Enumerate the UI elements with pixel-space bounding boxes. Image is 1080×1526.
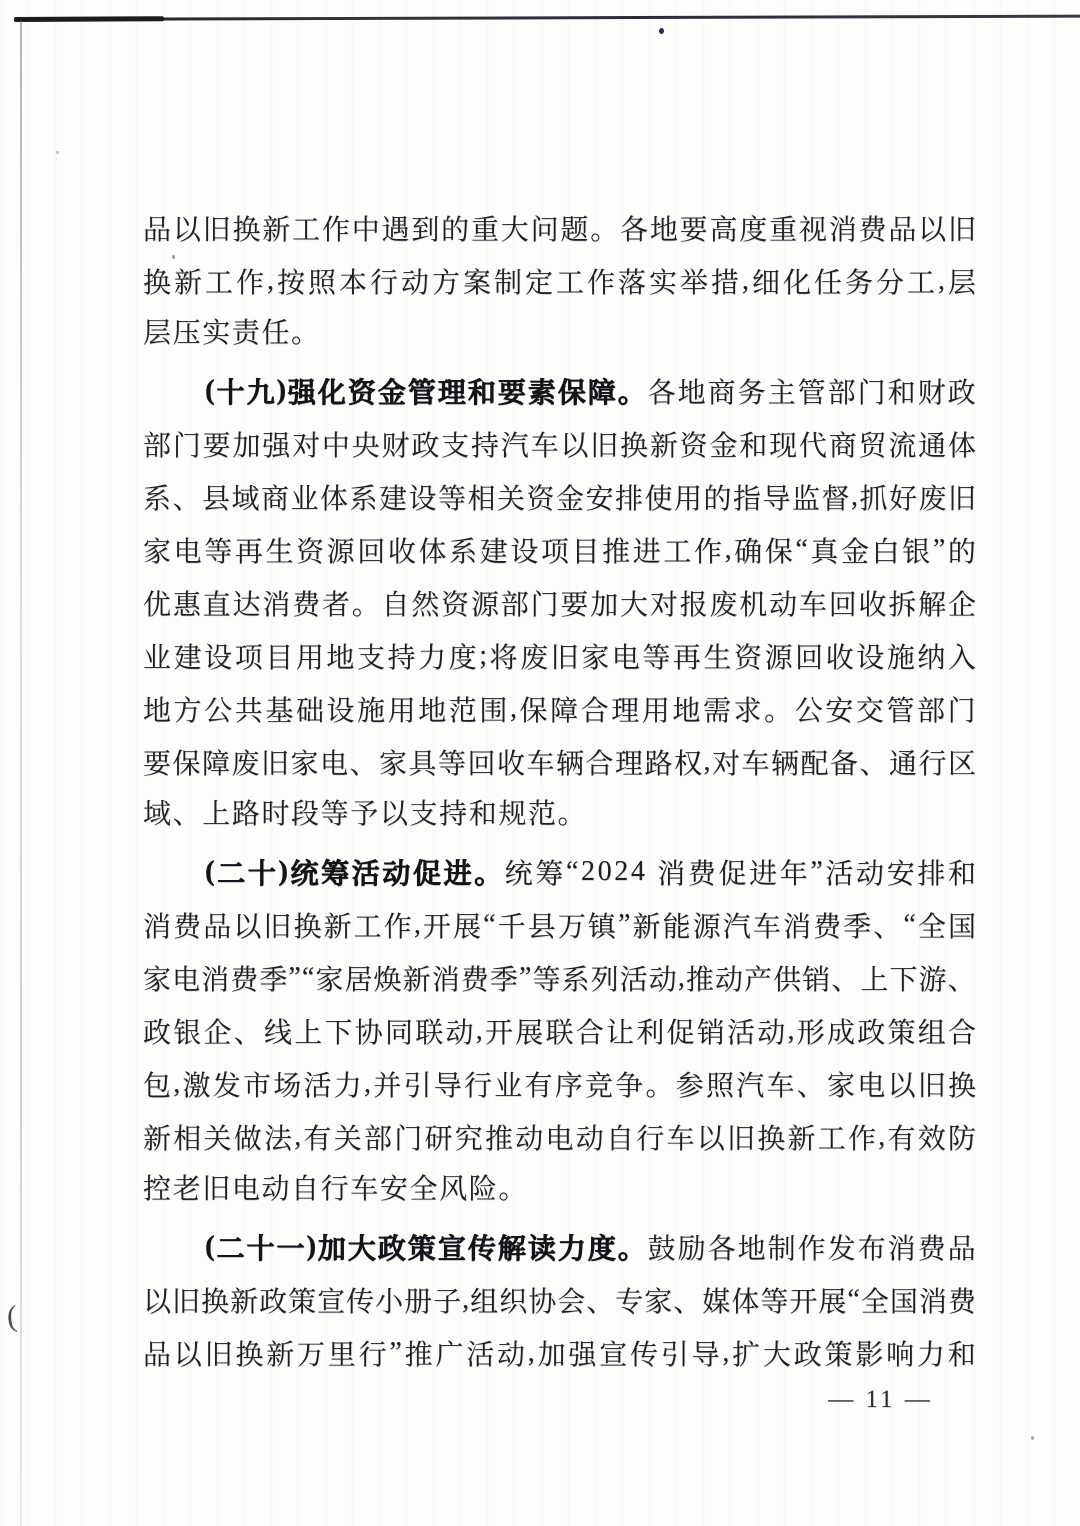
glyph: 资	[296, 530, 324, 570]
text-line: (二十一)加大政策宣传解读力度。鼓励各地制作发布消费品	[143, 1220, 976, 1273]
glyph: 老	[173, 1174, 203, 1205]
glyph: 回	[468, 742, 496, 782]
glyph: 废	[232, 742, 260, 782]
glyph: 强	[288, 371, 316, 411]
glyph: 新	[174, 261, 202, 301]
glyph: 、	[234, 1011, 262, 1051]
glyph: 资	[441, 583, 469, 623]
glyph: 理	[438, 371, 466, 411]
glyph: 家	[143, 530, 171, 570]
glyph: 电	[545, 1117, 573, 1157]
glyph: 动	[446, 1011, 474, 1051]
glyph: 的	[948, 530, 976, 570]
glyph: 以	[173, 208, 201, 248]
glyph: 持	[471, 424, 499, 464]
glyph: 下	[325, 1011, 353, 1051]
glyph: 、	[859, 742, 887, 782]
glyph: 源	[327, 530, 355, 570]
glyph: 的	[704, 477, 732, 517]
glyph: 车	[350, 1174, 380, 1205]
glyph: 层	[948, 261, 976, 301]
glyph: 消	[201, 958, 229, 998]
glyph: 等	[760, 1280, 788, 1320]
glyph: 合	[581, 689, 609, 729]
glyph: 车	[741, 742, 769, 782]
scan-top-edge-line	[14, 15, 1080, 21]
glyph: 排	[917, 852, 945, 892]
glyph: 主	[768, 371, 796, 411]
text-line: 消费品以旧换新工作,开展“千县万镇”新能源汽车消费季、“全国	[143, 898, 976, 951]
glyph: 指	[733, 477, 761, 517]
glyph: 活	[466, 1333, 494, 1373]
glyph: 体	[948, 424, 976, 464]
glyph: 作	[587, 261, 615, 301]
glyph: 门	[948, 689, 976, 729]
glyph: 推	[602, 530, 630, 570]
scan-top-edge-line-left-segment	[14, 16, 164, 22]
glyph: 品	[948, 1227, 976, 1267]
glyph: 障	[588, 371, 616, 411]
glyph: 、	[797, 1064, 825, 1104]
glyph: 里	[328, 1333, 356, 1373]
glyph: 动	[515, 1117, 543, 1157]
glyph: 以	[887, 1064, 915, 1104]
glyph: 废	[918, 477, 946, 517]
glyph: 参	[676, 1064, 704, 1104]
glyph: 换	[143, 261, 171, 301]
glyph: 制	[768, 1227, 796, 1267]
glyph: 分	[876, 261, 904, 301]
glyph: 宣	[599, 1333, 627, 1373]
glyph: 惠	[173, 583, 201, 623]
glyph: 目	[265, 636, 293, 676]
glyph: 行	[918, 742, 946, 782]
text-line: 部门要加强对中央财政支持汽车以旧换新资金和现代商贸流通体	[143, 417, 976, 470]
glyph: 持	[388, 636, 416, 676]
glyph: 联	[415, 1011, 443, 1051]
glyph: 部	[828, 371, 856, 411]
glyph: 车	[666, 1117, 694, 1157]
glyph: 合	[576, 1011, 604, 1051]
glyph: 题	[560, 208, 588, 248]
glyph: 收	[497, 742, 525, 782]
glyph: 激	[182, 1064, 210, 1104]
glyph: 产	[744, 958, 772, 998]
glyph: 对	[650, 583, 678, 623]
glyph: ,	[722, 1337, 729, 1369]
glyph: 任	[814, 261, 842, 301]
glyph: 筹	[535, 852, 563, 892]
glyph: ”	[389, 1337, 401, 1369]
glyph: 拆	[888, 583, 916, 623]
glyph: 落	[618, 261, 646, 301]
glyph: 和	[468, 371, 496, 411]
glyph: 旧	[172, 1280, 200, 1320]
glyph: 换	[757, 1117, 785, 1157]
glyph: 务	[738, 371, 766, 411]
glyph: 万	[558, 905, 586, 945]
glyph: 引	[403, 1064, 431, 1104]
glyph: 的	[441, 208, 469, 248]
glyph: 生	[703, 636, 731, 676]
glyph: 有	[524, 1064, 552, 1104]
glyph: 发	[828, 1227, 856, 1267]
glyph: 合	[586, 742, 614, 782]
glyph: 到	[411, 208, 439, 248]
glyph: 政	[794, 1333, 822, 1373]
glyph: 地	[738, 1227, 766, 1267]
glyph: 品	[888, 208, 916, 248]
glyph: 强	[262, 424, 290, 464]
glyph: 换	[235, 1333, 263, 1373]
glyph: ,	[267, 265, 274, 297]
glyph: 通	[918, 424, 946, 464]
glyph: 开	[789, 1280, 817, 1320]
glyph: 管	[886, 689, 914, 729]
glyph: 权	[674, 742, 702, 782]
glyph: 费	[461, 958, 489, 998]
glyph: 大	[501, 208, 529, 248]
glyph: 车	[527, 742, 555, 782]
glyph: 具	[409, 742, 437, 782]
glyph: 一	[276, 1227, 304, 1267]
glyph: 要	[203, 424, 231, 464]
glyph: 力	[334, 1064, 362, 1104]
glyph: 季	[259, 958, 287, 998]
glyph: 动	[856, 852, 884, 892]
glyph: 。	[498, 1174, 528, 1205]
glyph: 织	[499, 1280, 527, 1320]
glyph: 解	[498, 1227, 526, 1267]
glyph: 公	[204, 689, 232, 729]
text-line: 优惠直达消费者。自然资源部门要加大对报废机动车回收拆解企	[143, 576, 976, 629]
glyph: 监	[792, 477, 820, 517]
glyph: ,	[704, 746, 711, 778]
glyph: 开	[423, 905, 451, 945]
glyph: 销	[697, 1011, 725, 1051]
glyph: 列	[591, 958, 619, 998]
glyph: 商	[261, 477, 289, 517]
text-line: 政银企、线上下协同联动,开展联合让利促销活动,形成政策组合	[143, 1004, 976, 1057]
glyph: 有	[303, 1117, 331, 1157]
glyph: 大	[763, 1333, 791, 1373]
glyph: 保	[520, 689, 548, 729]
glyph: 用	[388, 689, 416, 729]
glyph: 和	[739, 424, 767, 464]
glyph: 。	[618, 1227, 646, 1267]
glyph: 施	[887, 636, 915, 676]
glyph: 照	[308, 261, 336, 301]
glyph: 回	[829, 583, 857, 623]
glyph: 交	[856, 689, 884, 729]
glyph: 收	[826, 636, 854, 676]
glyph: “	[795, 534, 807, 566]
glyph: 施	[357, 689, 385, 729]
glyph: 达	[232, 583, 260, 623]
glyph: 强	[568, 1333, 596, 1373]
glyph: 实	[649, 261, 677, 301]
glyph: 同	[385, 1011, 413, 1051]
glyph: 家	[143, 958, 171, 998]
glyph: 0	[598, 856, 612, 888]
glyph: 费	[230, 958, 258, 998]
glyph: 设	[326, 689, 354, 729]
glyph: ,	[938, 265, 945, 297]
glyph: 九	[246, 371, 274, 411]
glyph: 各	[620, 208, 648, 248]
scan-left-edge-line	[20, 21, 22, 1526]
glyph: 路	[232, 799, 262, 830]
glyph: 设	[204, 636, 232, 676]
glyph: ”	[288, 962, 300, 994]
glyph: 电	[857, 1064, 885, 1104]
glyph: 设	[510, 530, 538, 570]
glyph: 以	[143, 1280, 171, 1320]
glyph: ,	[678, 962, 685, 994]
glyph: 路	[645, 742, 673, 782]
glyph: 广	[435, 1333, 463, 1373]
glyph: 资	[348, 371, 376, 411]
glyph: 导	[434, 1064, 462, 1104]
glyph: 金	[841, 530, 869, 570]
glyph: 体	[320, 477, 348, 517]
text-line: 系、县域商业体系建设等相关资金安排使用的指导监督,抓好废旧	[143, 470, 976, 523]
glyph: 进	[443, 852, 471, 892]
glyph: 费	[173, 905, 201, 945]
glyph: 。	[590, 208, 618, 248]
glyph: 汽	[736, 1064, 764, 1104]
glyph: 加	[318, 1227, 346, 1267]
glyph: 电	[320, 742, 348, 782]
glyph: 入	[948, 636, 976, 676]
ink-speck-bottom-right	[1031, 1436, 1034, 1440]
glyph: 年	[780, 852, 808, 892]
glyph: 好	[889, 477, 917, 517]
glyph: 车	[799, 583, 827, 623]
glyph: 关	[334, 1117, 362, 1157]
glyph: 范	[449, 689, 477, 729]
glyph: 争	[615, 1064, 643, 1104]
glyph: 辆	[771, 742, 799, 782]
glyph: 换	[201, 1280, 229, 1320]
glyph: 动	[382, 852, 410, 892]
glyph: 策	[408, 1227, 436, 1267]
glyph: 部	[501, 583, 529, 623]
glyph: 用	[642, 689, 670, 729]
glyph: 重	[769, 208, 797, 248]
glyph: 求	[734, 689, 762, 729]
glyph: 度	[739, 208, 767, 248]
glyph: 化	[318, 371, 346, 411]
glyph: 等	[204, 530, 232, 570]
glyph: 国	[948, 905, 976, 945]
glyph: 问	[531, 208, 559, 248]
glyph: (	[205, 375, 214, 407]
glyph: 责	[232, 318, 262, 349]
glyph: 各	[648, 371, 676, 411]
glyph: 银	[902, 530, 930, 570]
glyph: 全	[409, 1174, 439, 1205]
glyph: 地	[650, 208, 678, 248]
glyph: 回	[357, 530, 385, 570]
glyph: 中	[352, 208, 380, 248]
glyph: 、	[350, 742, 378, 782]
glyph: 体	[418, 530, 446, 570]
glyph: 市	[243, 1064, 271, 1104]
glyph: ,	[878, 1121, 885, 1153]
glyph: 策	[288, 1280, 316, 1320]
glyph: 障	[202, 742, 230, 782]
stray-paren-mark: (	[6, 1300, 18, 1335]
glyph: 以	[697, 1117, 725, 1157]
glyph: 基	[265, 689, 293, 729]
glyph: 等	[321, 799, 351, 830]
glyph: 活	[727, 1011, 755, 1051]
glyph: 等	[532, 958, 560, 998]
glyph: 门	[394, 1117, 422, 1157]
glyph: 子	[433, 1280, 461, 1320]
glyph: 范	[528, 799, 558, 830]
glyph: 二	[216, 1227, 244, 1267]
glyph: 活	[303, 1064, 331, 1104]
glyph: 开	[485, 1011, 513, 1051]
glyph: 导	[763, 477, 791, 517]
glyph: “	[903, 909, 915, 941]
glyph: 政	[143, 1011, 171, 1051]
glyph: 共	[235, 689, 263, 729]
glyph: 焕	[374, 958, 402, 998]
glyph: 动	[576, 1117, 604, 1157]
glyph: 建	[174, 636, 202, 676]
text-line: 以旧换新政策宣传小册子,组织协会、专家、媒体等开展“全国消费	[143, 1273, 976, 1326]
glyph: 引	[661, 1333, 689, 1373]
glyph: “	[566, 856, 578, 888]
glyph: 辆	[556, 742, 584, 782]
glyph: 家	[581, 636, 609, 676]
glyph: 地	[418, 689, 446, 729]
glyph: 确	[734, 530, 762, 570]
glyph: 纳	[917, 636, 945, 676]
glyph: 和	[948, 1333, 976, 1373]
glyph: 旧	[590, 424, 618, 464]
glyph: 机	[739, 583, 767, 623]
glyph: ;	[479, 640, 487, 672]
glyph: 宣	[317, 1280, 345, 1320]
glyph: 建	[379, 477, 407, 517]
glyph: 合	[948, 1011, 976, 1051]
scanned-document-page: ( 品以旧换新工作中遇到的重大问题。各地要高度重视消费品以旧换新工作,按照本行动…	[0, 0, 1080, 1526]
glyph: 排	[615, 477, 643, 517]
glyph: 、	[173, 477, 201, 517]
glyph: 工	[663, 530, 691, 570]
glyph: “	[847, 1284, 859, 1316]
glyph: 消	[888, 1227, 916, 1267]
glyph: 新	[230, 1280, 258, 1320]
glyph: 系	[350, 477, 378, 517]
glyph: 媒	[702, 1280, 730, 1320]
glyph: 定	[525, 261, 553, 301]
glyph: 、	[873, 905, 901, 945]
glyph: 支	[357, 636, 385, 676]
glyph: 支	[409, 799, 439, 830]
glyph: 费	[813, 905, 841, 945]
glyph: 有	[887, 1117, 915, 1157]
glyph: 收	[859, 583, 887, 623]
glyph: 活	[620, 958, 648, 998]
glyph: 作	[236, 261, 264, 301]
glyph: 管	[798, 371, 826, 411]
glyph: 风	[439, 1174, 469, 1205]
glyph: 目	[572, 530, 600, 570]
glyph: 和	[469, 799, 499, 830]
glyph: 资	[527, 477, 555, 517]
glyph: 全	[918, 905, 946, 945]
ink-speck-left	[56, 151, 59, 154]
glyph: 以	[380, 799, 410, 830]
glyph: 保	[173, 742, 201, 782]
glyph: 白	[872, 530, 900, 570]
glyph: 新	[266, 1333, 294, 1373]
text-line: (十九)强化资金管理和要素保障。各地商务主管部门和财政	[143, 364, 976, 417]
glyph: 控	[143, 1174, 173, 1205]
glyph: ”	[519, 962, 531, 994]
glyph: 优	[143, 583, 171, 623]
glyph: 商	[829, 424, 857, 464]
glyph: (	[205, 856, 214, 888]
glyph: 新	[633, 905, 661, 945]
glyph: 支	[441, 424, 469, 464]
glyph: 、	[948, 958, 976, 998]
glyph: 自	[291, 1174, 321, 1205]
glyph: 按	[277, 261, 305, 301]
glyph: 品	[203, 905, 231, 945]
glyph: 策	[887, 1011, 915, 1051]
glyph: 以	[174, 1333, 202, 1373]
glyph: 传	[630, 1333, 658, 1373]
glyph: 和	[888, 371, 916, 411]
glyph: 督	[822, 477, 850, 517]
glyph: 家	[644, 1280, 672, 1320]
glyph: 地	[143, 689, 171, 729]
glyph: 等	[438, 742, 466, 782]
glyph: 换	[948, 1064, 976, 1104]
glyph: 工	[818, 1117, 846, 1157]
glyph: 压	[173, 318, 203, 349]
glyph: 上	[294, 1011, 322, 1051]
glyph: 换	[620, 424, 648, 464]
text-line: 要保障废旧家电、家具等回收车辆合理路权,对车辆配备、通行区	[143, 735, 976, 788]
glyph: 任	[261, 318, 291, 349]
glyph: 。	[558, 799, 588, 830]
glyph: 家	[827, 1064, 855, 1104]
glyph: 车	[753, 905, 781, 945]
glyph: 进	[749, 852, 777, 892]
glyph: 展	[818, 1280, 846, 1320]
glyph: 地	[678, 371, 706, 411]
glyph: 源	[693, 905, 721, 945]
glyph: 、	[586, 1280, 614, 1320]
glyph: 现	[769, 424, 797, 464]
glyph: 导	[692, 1333, 720, 1373]
glyph: 全	[861, 1280, 889, 1320]
glyph: 、	[173, 799, 203, 830]
text-line: 域、上路时段等予以支持和规范。	[143, 788, 976, 841]
glyph: 用	[296, 636, 324, 676]
glyph: 关	[497, 477, 525, 517]
glyph: 门	[531, 583, 559, 623]
glyph: 理	[611, 689, 639, 729]
glyph: 理	[615, 742, 643, 782]
